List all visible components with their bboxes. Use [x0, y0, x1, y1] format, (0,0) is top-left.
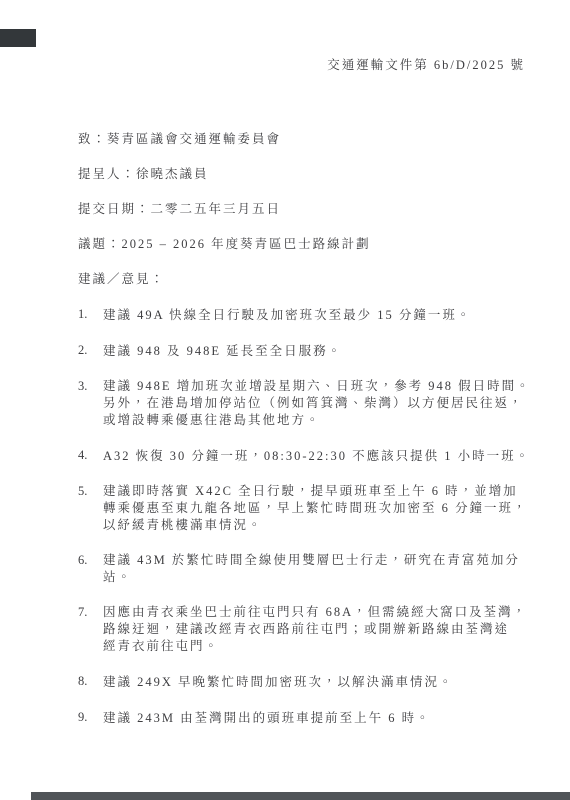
- suggestion-item-9: 9. 建議 243M 由荃灣開出的頭班車提前至上午 6 時。: [78, 709, 525, 727]
- suggestion-item-3: 3. 建議 948E 增加班次並增設星期六、日班次，參考 948 假日時間。 另…: [78, 378, 525, 429]
- item-line: 建議 249X 早晚繁忙時間加密班次，以解決滿車情況。: [103, 675, 454, 689]
- scan-artifact-top-left: [0, 29, 36, 47]
- item-number: 4.: [78, 447, 103, 464]
- recipient-line: 致：葵青區議會交通運輸委員會: [78, 131, 525, 148]
- item-line: A32 恢復 30 分鐘一班，08:30-22:30 不應該只提供 1 小時一班…: [103, 449, 530, 463]
- document-body: 致：葵青區議會交通運輸委員會 提呈人：徐曉杰議員 提交日期：二零二五年三月五日 …: [78, 131, 525, 727]
- item-line: 以紓緩青桃樓滿車情況。: [103, 517, 528, 534]
- item-line: 或增設轉乘優惠往港島其他地方。: [103, 412, 531, 429]
- item-number: 1.: [78, 306, 103, 323]
- item-line: 站。: [103, 569, 525, 586]
- suggestion-item-5: 5. 建議即時落實 X42C 全日行駛，提早頭班車至上午 6 時，並增加 轉乘優…: [78, 483, 525, 534]
- item-number: 3.: [78, 378, 103, 395]
- item-number: 8.: [78, 673, 103, 690]
- item-line: 路線迂迴，建議改經青衣西路前往屯門；或開辦新路線由荃灣途: [103, 621, 527, 638]
- item-line: 建議 243M 由荃灣開出的頭班車提前至上午 6 時。: [103, 711, 431, 725]
- submitter-line: 提呈人：徐曉杰議員: [78, 166, 525, 183]
- item-line: 轉乘優惠至東九龍各地區，早上繁忙時間班次加密至 6 分鐘一班，: [103, 500, 528, 517]
- item-number: 7.: [78, 604, 103, 621]
- item-line: 建議 948 及 948E 延長至全日服務。: [103, 344, 342, 358]
- section-heading: 建議／意見：: [78, 271, 525, 288]
- suggestion-item-1: 1. 建議 49A 快線全日行駛及加密班次至最少 15 分鐘一班。: [78, 306, 525, 324]
- item-number: 6.: [78, 552, 103, 569]
- item-number: 9.: [78, 709, 103, 726]
- item-line: 建議 948E 增加班次並增設星期六、日班次，參考 948 假日時間。: [103, 378, 531, 395]
- suggestion-item-2: 2. 建議 948 及 948E 延長至全日服務。: [78, 342, 525, 360]
- date-line: 提交日期：二零二五年三月五日: [78, 201, 525, 218]
- item-line: 建議 43M 於繁忙時間全線使用雙層巴士行走，研究在青富苑加分: [103, 552, 525, 569]
- suggestion-item-8: 8. 建議 249X 早晚繁忙時間加密班次，以解決滿車情況。: [78, 673, 525, 691]
- document-page: 交通運輸文件第 6b/D/2025 號 致：葵青區議會交通運輸委員會 提呈人：徐…: [0, 0, 570, 800]
- item-line: 經青衣前往屯門。: [103, 638, 527, 655]
- suggestion-item-4: 4. A32 恢復 30 分鐘一班，08:30-22:30 不應該只提供 1 小…: [78, 447, 525, 465]
- item-number: 2.: [78, 342, 103, 359]
- suggestion-item-6: 6. 建議 43M 於繁忙時間全線使用雙層巴士行走，研究在青富苑加分 站。: [78, 552, 525, 586]
- item-line: 另外，在港島增加停站位（例如筲箕灣、柴灣）以方便居民往返，: [103, 395, 531, 412]
- item-line: 建議 49A 快線全日行駛及加密班次至最少 15 分鐘一班。: [103, 308, 471, 322]
- item-line: 建議即時落實 X42C 全日行駛，提早頭班車至上午 6 時，並增加: [103, 483, 528, 500]
- item-number: 5.: [78, 483, 103, 500]
- item-line: 因應由青衣乘坐巴士前往屯門只有 68A，但需繞經大窩口及荃灣，: [103, 604, 527, 621]
- scan-artifact-bottom-bar: [31, 792, 570, 800]
- doc-number: 交通運輸文件第 6b/D/2025 號: [0, 0, 525, 74]
- suggestion-item-7: 7. 因應由青衣乘坐巴士前往屯門只有 68A，但需繞經大窩口及荃灣， 路線迂迴，…: [78, 604, 525, 655]
- subject-line: 議題：2025 – 2026 年度葵青區巴士路線計劃: [78, 236, 525, 253]
